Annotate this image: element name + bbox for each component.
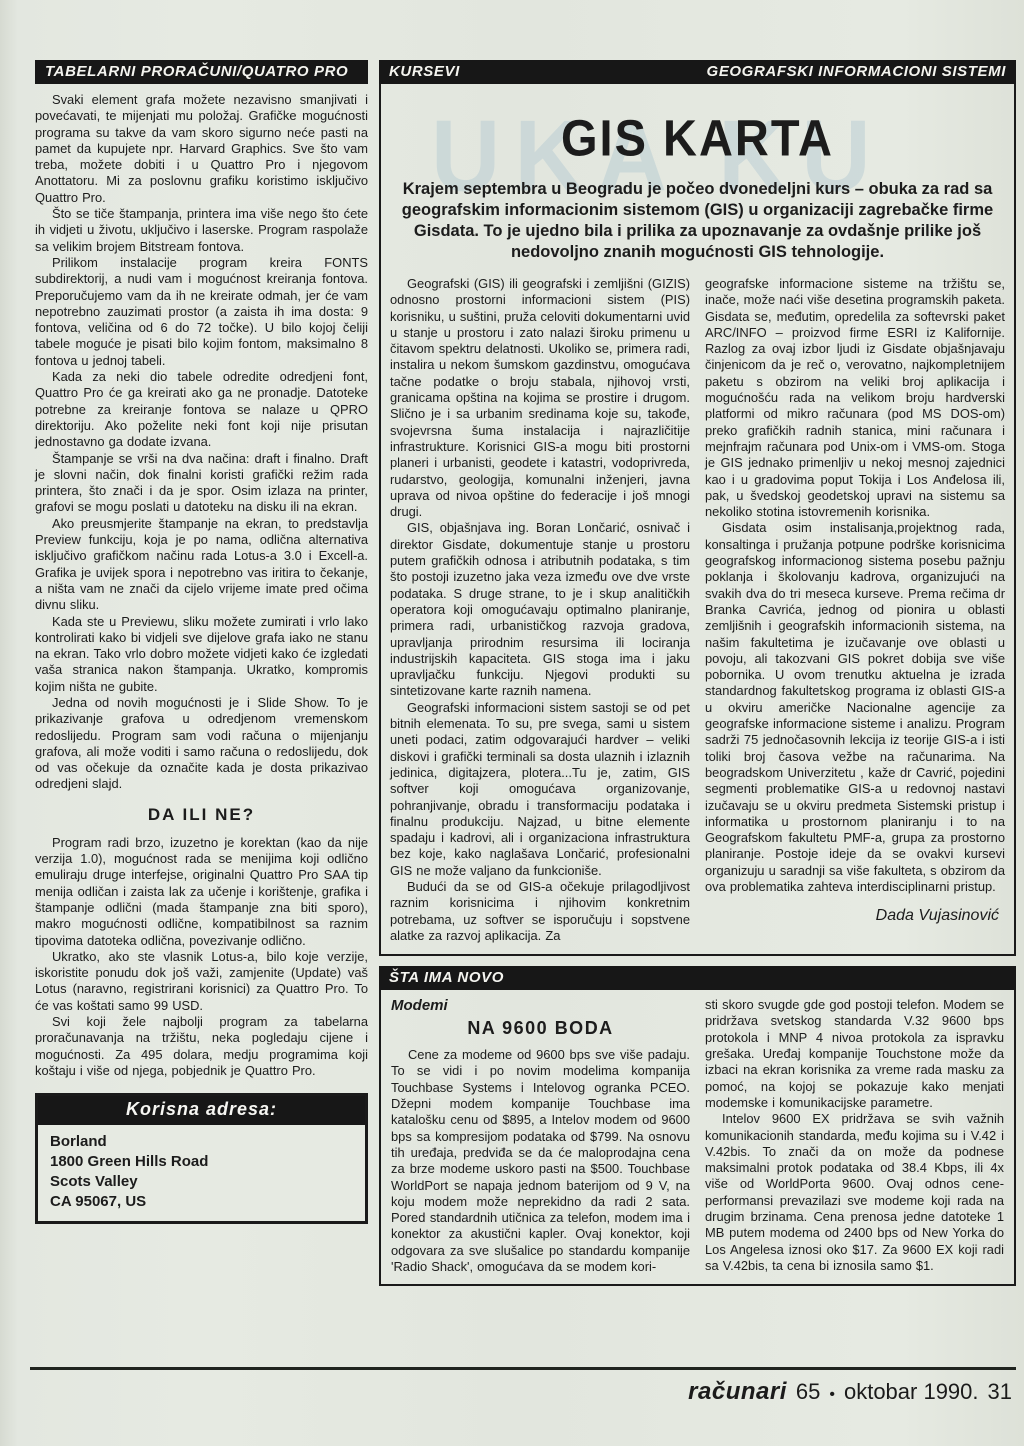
address-line: Borland <box>50 1132 353 1152</box>
article-paragraph: Prilikom instalacije program kreira FONT… <box>35 255 368 369</box>
address-line: 1800 Green Hills Road <box>50 1152 353 1172</box>
article-paragraph: Kada za neki dio tabele odredite odredje… <box>35 369 368 450</box>
article-paragraph: Geografski (GIS) ili geografski i zemlji… <box>390 276 690 520</box>
gis-article-title: GIS KARTA <box>390 108 1005 167</box>
news-section-label: ŠTA IMA NOVO <box>389 969 504 986</box>
magazine-page: TABELARNI PRORAČUNI/QUATRO PRO Svaki ele… <box>0 0 1024 1446</box>
page-footer: računari 65 • oktobar 1990. 31 <box>688 1378 1012 1406</box>
quattro-pro-article-body: Svaki element grafa možete nezavisno sma… <box>35 92 368 1079</box>
article-paragraph: Cene za modeme od 9600 bps sve više pada… <box>391 1047 690 1275</box>
gis-article-lead: Krajem septembra u Beogradu je počeo dvo… <box>400 179 995 263</box>
news-headline: NA 9600 BODA <box>391 1018 690 1039</box>
section-header-bar-tabelarni: TABELARNI PRORAČUNI/QUATRO PRO <box>35 60 368 84</box>
article-paragraph: Što se tiče štampanja, printera ima više… <box>35 206 368 255</box>
section-header-bar-sta-ima-novo: ŠTA IMA NOVO <box>379 966 1016 990</box>
article-paragraph: GIS, objašnjava ing. Boran Lončarić, osn… <box>390 520 690 699</box>
article-paragraph: Kada ste u Previewu, sliku možete zumira… <box>35 614 368 695</box>
gis-column-2: geografske informacione sisteme na tržiš… <box>705 276 1005 944</box>
subhead-da-ili-ne: DA ILI NE? <box>35 805 368 825</box>
article-paragraph: Budući da se od GIS-a očekuje prilagodlj… <box>390 879 690 944</box>
footer-rule <box>30 1367 1016 1370</box>
footer-bullet: • <box>829 1386 835 1404</box>
news-column-1: Modemi NA 9600 BODA Cene za modeme od 96… <box>391 995 690 1275</box>
kicker-left-label: KURSEVI <box>389 63 460 80</box>
article-paragraph: sti skoro svugde gde god postoji telefon… <box>705 997 1004 1111</box>
address-line: Scots Valley <box>50 1172 353 1192</box>
gis-article-columns: Geografski (GIS) ili geografski i zemlji… <box>390 276 1005 944</box>
quattro-pro-column: TABELARNI PRORAČUNI/QUATRO PRO Svaki ele… <box>35 60 368 1286</box>
page-content: TABELARNI PRORAČUNI/QUATRO PRO Svaki ele… <box>35 60 1016 1286</box>
footer-date: oktobar 1990. <box>844 1379 979 1405</box>
article-paragraph: Štampanje se vrši na dva načina: draft i… <box>35 451 368 516</box>
magazine-name: računari <box>688 1378 787 1406</box>
gis-news-column: KURSEVI GEOGRAFSKI INFORMACIONI SISTEMI … <box>379 60 1016 1286</box>
byline: Dada Vujasinović <box>711 907 999 925</box>
article-paragraph: Svi koji žele najbolji program za tabela… <box>35 1014 368 1079</box>
news-box: Modemi NA 9600 BODA Cene za modeme od 96… <box>379 990 1016 1286</box>
issue-number: 65 <box>796 1379 820 1405</box>
article-paragraph: Svaki element grafa možete nezavisno sma… <box>35 92 368 206</box>
article-paragraph: Intelov 9600 EX pridržava se svih važnih… <box>705 1111 1004 1274</box>
kicker-right-label: GEOGRAFSKI INFORMACIONI SISTEMI <box>707 63 1006 80</box>
news-column-2: sti skoro svugde gde god postoji telefon… <box>705 995 1004 1275</box>
article-paragraph: Ako preusmjerite štampanje na ekran, to … <box>35 516 368 614</box>
article-paragraph: Program radi brzo, izuzetno je korektan … <box>35 835 368 949</box>
article-paragraph: Ukratko, ako ste vlasnik Lotus-a, bilo k… <box>35 949 368 1014</box>
address-box-header: Korisna adresa: <box>38 1096 365 1125</box>
useful-address-box: Korisna adresa: Borland 1800 Green Hills… <box>35 1093 368 1224</box>
section-header-label: TABELARNI PRORAČUNI/QUATRO PRO <box>45 63 348 80</box>
news-columns: Modemi NA 9600 BODA Cene za modeme od 96… <box>391 995 1004 1275</box>
gis-column-1: Geografski (GIS) ili geografski i zemlji… <box>390 276 690 944</box>
article-paragraph: Geografski informacioni sistem sastoji s… <box>390 700 690 879</box>
article-paragraph: Jedna od novih mogućnosti je i Slide Sho… <box>35 695 368 793</box>
address-line: CA 95067, US <box>50 1192 353 1212</box>
gis-article-box: UKA KU GIS KARTA Krajem septembra u Beog… <box>379 84 1016 956</box>
section-header-bar-kursevi: KURSEVI GEOGRAFSKI INFORMACIONI SISTEMI <box>379 60 1016 84</box>
address-lines: Borland 1800 Green Hills Road Scots Vall… <box>38 1125 365 1221</box>
article-paragraph: Gisdata osim instalisanja,projektnog rad… <box>705 520 1005 895</box>
article-paragraph: geografske informacione sisteme na tržiš… <box>705 276 1005 520</box>
page-number: 31 <box>988 1379 1012 1405</box>
news-category-label: Modemi <box>391 997 690 1014</box>
